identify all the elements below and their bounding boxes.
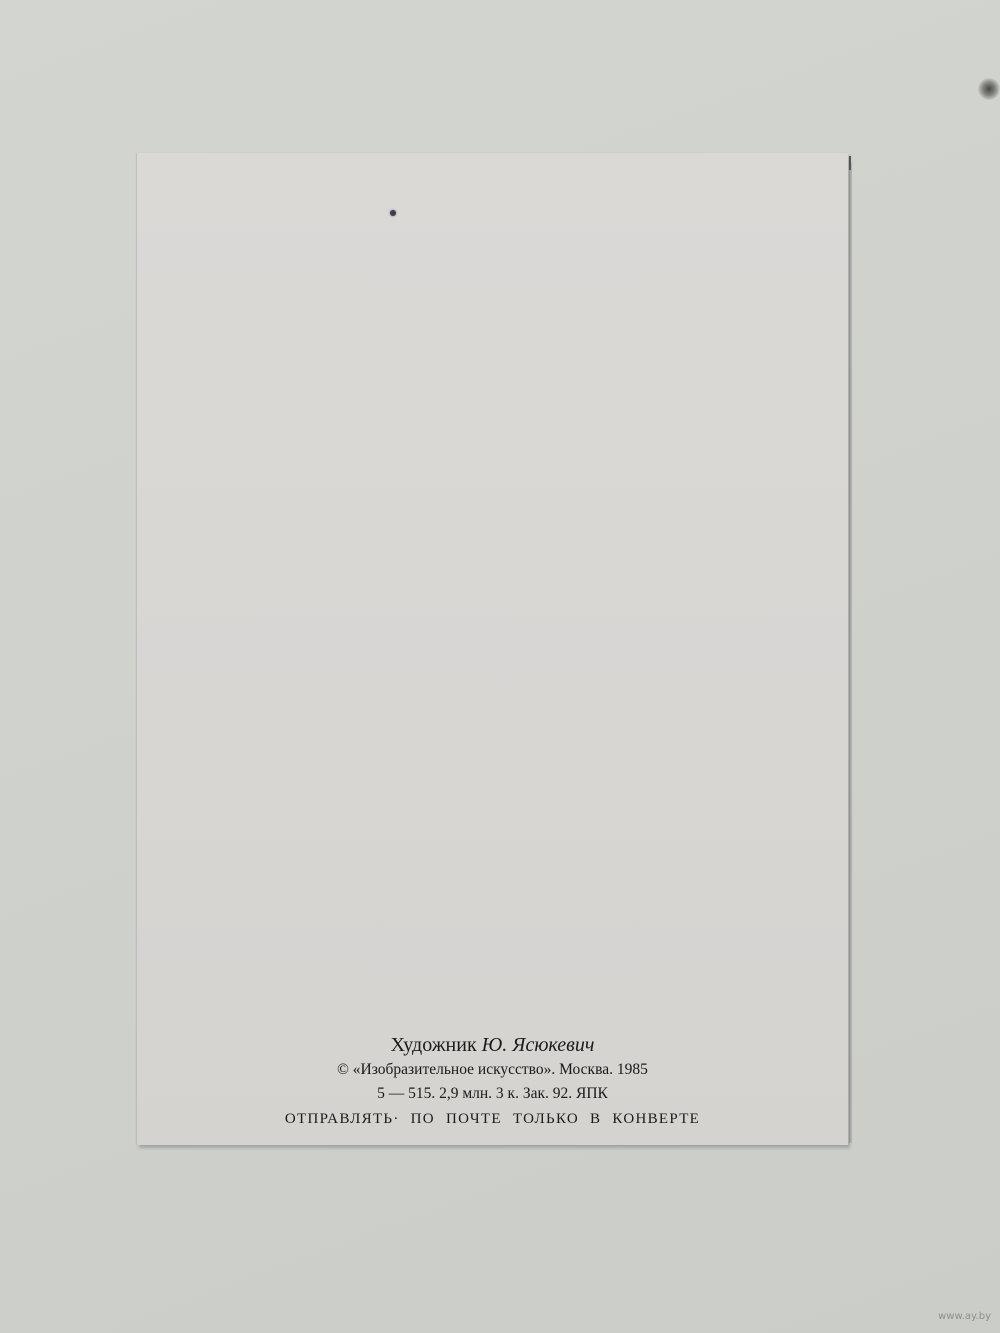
print-info: 5 — 515. 2,9 млн. 3 к. Зак. 92. ЯПК [137, 1082, 848, 1106]
artist-name: Ю. Ясюкевич [482, 1034, 595, 1056]
imprint-block: Художник Ю. Ясюкевич © «Изобразительное … [137, 1032, 848, 1132]
publisher-line: © «Изобразительное искусство». Москва. 1… [137, 1058, 848, 1082]
postcard: Художник Ю. Ясюкевич © «Изобразительное … [137, 153, 848, 1145]
artist-credit: Художник Ю. Ясюкевич [137, 1032, 848, 1058]
background-smudge [978, 78, 1000, 100]
artist-label: Художник [391, 1034, 477, 1056]
mailing-note: ОТПРАВЛЯТЬ· ПО ПОЧТЕ ТОЛЬКО В КОНВЕРТЕ [137, 1106, 848, 1132]
edge-mark [849, 156, 851, 170]
ink-dot [390, 210, 396, 216]
watermark: www.ay.by [938, 1311, 991, 1322]
card-edge [849, 163, 852, 1143]
